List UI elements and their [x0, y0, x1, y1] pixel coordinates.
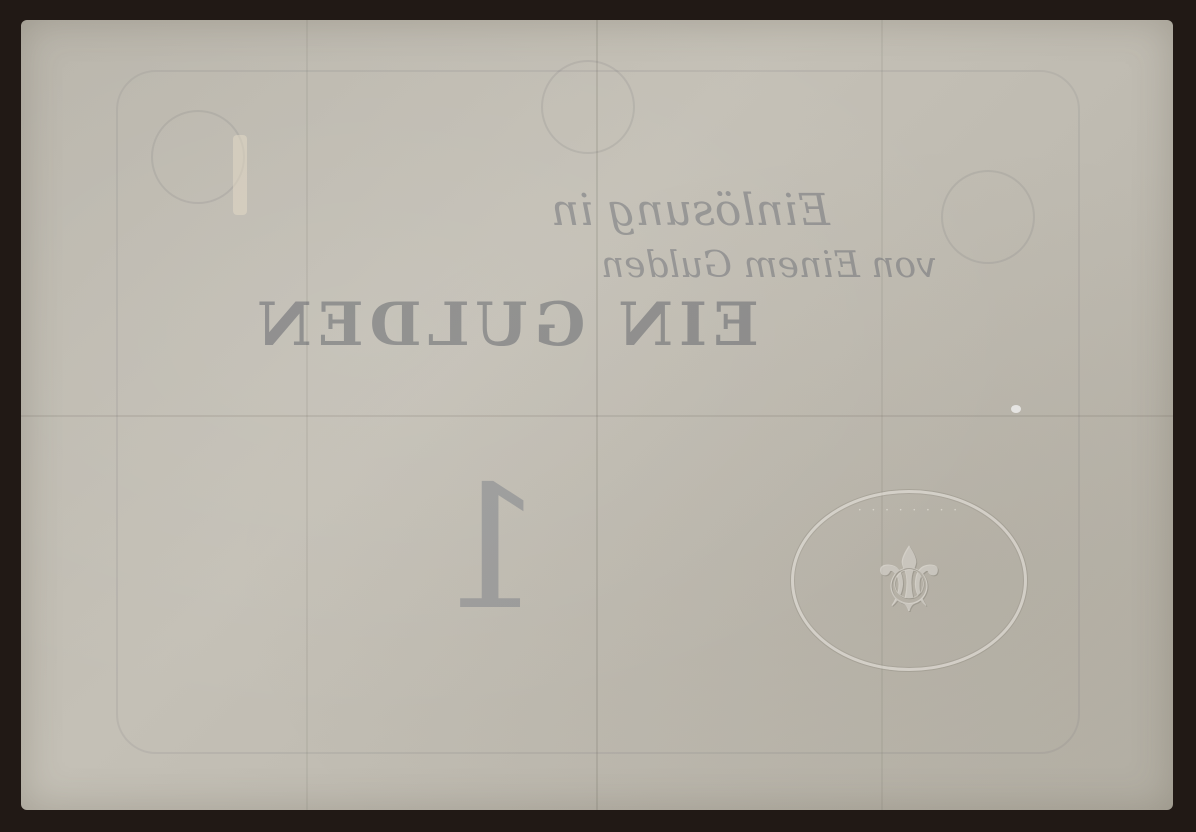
- paper-spot: [1011, 405, 1021, 413]
- paper-stain: [233, 135, 247, 215]
- mirrored-text-line2: von Einem Gulden: [601, 245, 937, 286]
- mirrored-numeral: 1: [436, 450, 544, 648]
- eagle-emblem-icon: ⚜: [869, 528, 950, 633]
- embossed-stamp: · · · · · · · · ⚜: [791, 490, 1027, 671]
- corner-ornament: [151, 110, 245, 204]
- banknote: Einlösung in von Einem Gulden EIN GULDEN…: [21, 20, 1173, 810]
- mirrored-denomination-headline: EIN GULDEN: [251, 290, 759, 360]
- top-ornament: [541, 60, 635, 154]
- mirrored-text-line1: Einlösung in: [551, 185, 830, 236]
- stamp-ring-text: · · · · · · · ·: [794, 503, 1024, 517]
- corner-ornament: [941, 170, 1035, 264]
